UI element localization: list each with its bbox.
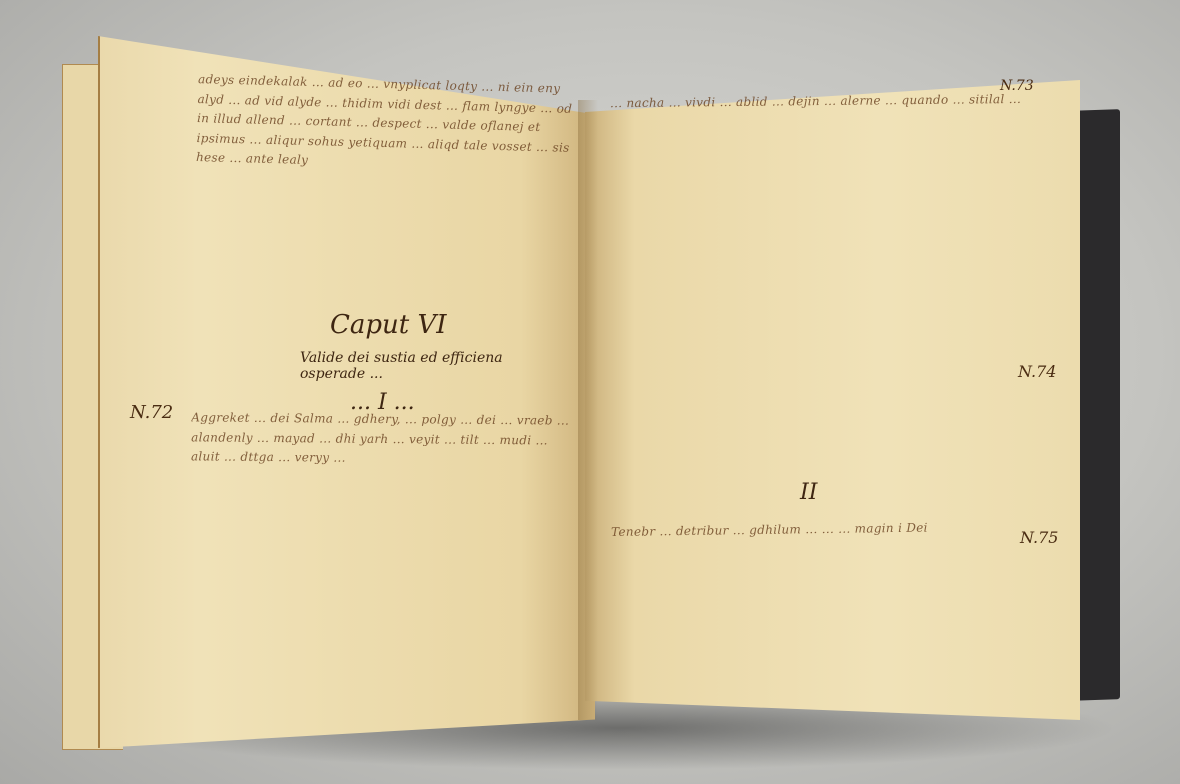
margin-number-74: N.74 [1018,362,1056,381]
section-heading-ii: II [800,480,817,505]
chapter-subheading: Valide dei sustia ed efficiena osperade … [300,350,560,382]
book-gutter [578,100,598,720]
right-page-text-bottom: Tenebr ... detribur ... gdhilum ... ... … [611,517,1043,673]
chapter-heading: Caput VI [330,310,447,340]
left-page-text-top: adeys eindekalak ... ad eo ... vnyplicat… [192,70,578,330]
right-page-text-top: ... nacha ... vivdi ... ablid ... dejin … [610,90,1044,494]
margin-number-72: N.72 [130,402,173,423]
photo-scene: adeys eindekalak ... ad eo ... vnyplicat… [0,0,1180,784]
left-page-text-bottom: Aggreket ... dei Salma ... gdhery, ... p… [189,408,577,731]
